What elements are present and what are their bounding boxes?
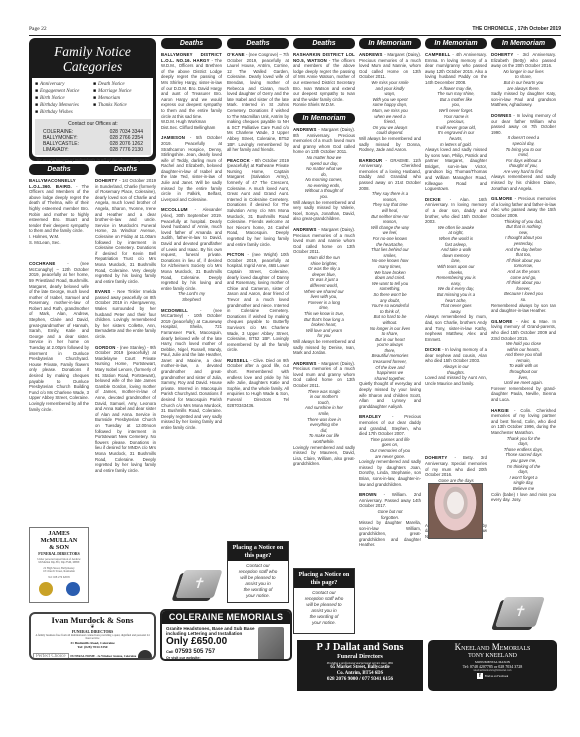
facebook-icon: f: [477, 673, 483, 679]
memoriam-notice: BROWN - William. 2nd Anniversary. Passed…: [359, 492, 421, 548]
phone-number: 07593 505 757: [175, 649, 215, 655]
memoriam-notice: GILMORE - Precious memories of a loving …: [491, 196, 556, 313]
memoriam-notice: ANDREWS - Margaret (Daisy). Precious mem…: [359, 52, 421, 153]
portrait-photo: [428, 483, 483, 539]
photo-spacer: [425, 391, 487, 455]
death-notice: MCCOLLUM - Alexander (Alex), 30th Septem…: [161, 207, 222, 302]
death-notice: JAMIESON - 5th October 2019. Peacefully …: [161, 135, 222, 202]
death-notice: EVANS - Nee Tinkler Imelda passed away p…: [95, 289, 156, 339]
memoriam-notice: BARBOUR - GRAEME. 11th Anniversary. Cher…: [359, 158, 421, 410]
section-header-in-memoriam: In Memoriam: [491, 38, 556, 49]
category-item: Marriage Notice: [93, 88, 151, 95]
category-item: Anniversary: [35, 81, 93, 88]
category-item: Death Notice: [93, 81, 151, 88]
death-notice: DOHERTY - 1st October 2019 in Sunderland…: [95, 178, 156, 284]
section-header-in-memoriam: In Memoriam: [425, 38, 487, 49]
paper-date: THE CHRONICLE , 17th October 2019: [472, 26, 561, 32]
section-header-in-memoriam: In Memoriam: [359, 38, 421, 49]
badge-icon: [39, 582, 53, 596]
memoriam-notice: GILMORE - Alec & Mae. In loving memory o…: [491, 319, 556, 403]
death-notice: BALLYMONEY DISTRICT L.O.L. NO.16. HARGY …: [161, 52, 222, 130]
placing-notice-box-2: Placing a Notice on this page? Contact o…: [293, 568, 355, 634]
memoriam-notice: ANDREWS - Margaret (Daisy). Precious mem…: [293, 227, 355, 356]
office-contacts: Contact our Offices at: COLERAINE:028 70…: [35, 119, 151, 155]
section-header-in-memoriam: In Memoriam: [293, 113, 355, 124]
category-item: Thanks Notice: [93, 102, 151, 109]
ad-kneeland-memorials: Kneeland Memorials TONY KNEELAND MONUMEN…: [428, 640, 557, 691]
ad-pj-dallat: P J Dallat and Sons Funeral Directors Pr…: [297, 640, 423, 691]
page-number: Page 22: [29, 26, 47, 32]
death-notice: RUSSELL - Clive. Died on 9th October aft…: [227, 358, 289, 408]
categories-title: Family Notice Categories: [32, 44, 153, 74]
column-deaths-3: Deaths BALLYMONEY DISTRICT L.O.L. NO.16.…: [161, 38, 222, 436]
section-header-deaths: Deaths: [29, 164, 89, 175]
memoriam-notice: HARGIE - Colin. Cherished memories of my…: [491, 408, 556, 503]
section-header-deaths: Deaths: [227, 38, 289, 49]
crest-icon: [138, 650, 152, 660]
death-notice: MCDOWELL - (nee McCartney) - 10th Octobe…: [161, 308, 222, 431]
section-header-deaths: Deaths: [293, 38, 355, 49]
headstone-image: [258, 627, 284, 661]
death-notice: BALLYMACONNELLY L.O.L.360. BAIRD. - The …: [29, 178, 89, 245]
section-header-deaths: Deaths: [95, 164, 156, 175]
accept-note: We accept images of individuals in all o…: [35, 157, 151, 163]
section-header-deaths: Deaths: [161, 38, 222, 49]
death-notice: PICTON - (nee Wright) 10th October 2019,…: [227, 252, 289, 353]
ad-coleraine-memorials: COLERAINE MEMORIALS Granite Headstones, …: [160, 609, 292, 661]
category-item: Engagement Notice: [35, 88, 93, 95]
death-notice: RASHARKIN DISTRICT LOL NO.5, WATSON - Th…: [293, 52, 355, 108]
death-notice: GORDON - (nee Stanley) - 9th October 201…: [95, 345, 156, 474]
death-notice: COCHRANE - (nee McConaghy) – 12th Octobe…: [29, 261, 89, 412]
column-deaths-2: Deaths DOHERTY - 1st October 2019 in Sun…: [95, 164, 156, 478]
column-memoriam-6: In Memoriam ANDREWS - Margaret (Daisy). …: [359, 38, 421, 553]
bible-icon: ✝: [180, 570, 218, 598]
column-memoriam-7: In Memoriam CAMPBELL - 4th Anniversary. …: [425, 38, 487, 544]
memoriam-notice: ANDREWS - Margaret (Daisy). 8th Annivers…: [293, 127, 355, 222]
death-notice: O'KANE - (nee Cosgrove) – 7th October 20…: [227, 52, 289, 153]
column-deaths-memoriam-5: Deaths RASHARKIN DISTRICT LOL NO.5, WATS…: [293, 38, 355, 472]
association-logo-icon: [66, 582, 80, 596]
memoriam-notice: DOWNES - In loving memory of our dear fa…: [491, 113, 556, 191]
bible-icon: ✝: [500, 597, 540, 627]
memoriam-notice: CAMPBELL - 4th Anniversary. Emma. In lov…: [425, 52, 487, 192]
office-row: LIMAVADY:028 7776 2130: [43, 147, 143, 153]
ad-james-mcmullan: JAMES McMULLAN & SON FUNERAL DIRECTORS U…: [29, 527, 89, 603]
column-deaths-4: Deaths O'KANE - (nee Cosgrove) – 7th Oct…: [227, 38, 289, 413]
memoriam-notice: BRADLEY - Precious memories of our dear …: [359, 414, 421, 487]
memoriam-notice: ANDREWS - Margaret (Daisy). Precious mem…: [293, 361, 355, 467]
category-item: Birth Notice: [35, 95, 93, 102]
memoriam-notice: DOHERTY - 3rd Anniversary. Elizabeth (Be…: [491, 52, 556, 108]
category-item: Memoriam: [93, 95, 151, 102]
perfect-choice-logo: Perfect Choice: [33, 653, 69, 660]
death-notice: PEACOCK - 8th October 2019 (peacefully) …: [227, 158, 289, 248]
column-deaths-1: Deaths BALLYMACONNELLY L.O.L.360. BAIRD.…: [29, 164, 89, 417]
memoriam-notice: DICKIE - In loving memory of a dear neph…: [425, 347, 487, 386]
phone-numbers: 028 2076 9000 / 077 9341 6156: [297, 676, 423, 683]
memoriam-notice: DICKIE - Alan. 16th Anniversary. In lovi…: [425, 197, 487, 342]
categories-list: Anniversary Death Notice Engagement Noti…: [35, 81, 151, 116]
column-memoriam-8: In Memoriam DOHERTY - 3rd Anniversary. E…: [491, 38, 556, 508]
masthead: Page 22 THE CHRONICLE , 17th October 201…: [29, 27, 561, 36]
category-item: Birthday Memories: [35, 102, 93, 109]
category-item: Birthday Wishes: [35, 109, 93, 116]
placing-notice-box-1: Placing a Notice on this page? Contact o…: [227, 541, 289, 603]
family-notice-categories: Family Notice Categories Anniversary Dea…: [29, 38, 156, 161]
ad-ivan-murdock: Ivan Murdock & Sons ❦ FUNERAL DIRECTORS …: [29, 612, 156, 660]
